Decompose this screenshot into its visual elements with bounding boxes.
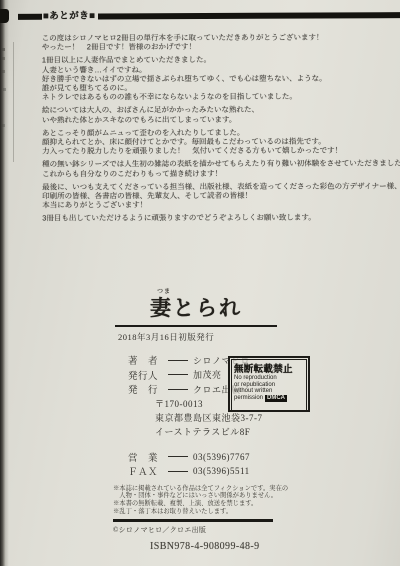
afterword-line: 種の無い鉢シリーズでは人生初の雑誌の表紙を描かせてもらえたり有り難い初体験をさせ… bbox=[42, 159, 392, 169]
header-bar-right bbox=[98, 12, 400, 19]
dash bbox=[168, 456, 188, 457]
note-line: 人物・団体・事件などにはいっさい関係がありません。 bbox=[113, 492, 400, 500]
header-bar-left bbox=[18, 14, 42, 20]
no-reproduction-stamp: 無断転載禁止 No reproduction or republication … bbox=[228, 356, 310, 412]
scanned-afterword-page: ■あとがき■ この度はシロノマヒロ2冊目の単行本を手に取っていただきありがとうご… bbox=[0, 0, 400, 566]
afterword-line: 最後に、いつも支えてくださっている担当様、出版社様、表紙を造ってくださった彩色の… bbox=[42, 181, 392, 191]
scan-edge-artifact bbox=[2, 48, 5, 51]
stamp-line: without written bbox=[234, 388, 304, 395]
stamp-line: No reproduction bbox=[234, 375, 304, 382]
dash bbox=[168, 471, 188, 472]
stamp-last-row: permission DMCA bbox=[234, 395, 304, 402]
stamp-title: 無断転載禁止 bbox=[234, 361, 304, 375]
isbn: ISBN978-4-908099-48-9 bbox=[150, 541, 400, 552]
row-label: 発行人 bbox=[128, 368, 166, 382]
corner-binding-mark bbox=[0, 9, 9, 23]
afterword-line: これからも自分なりのこだわりもって描き続けます！ bbox=[42, 168, 392, 178]
row-value: 加茂亮 bbox=[193, 368, 222, 381]
afterword-line: やったー！ 2冊目です！皆様のおかげです！ bbox=[42, 42, 392, 52]
note-line: ※本書の無断転載、複製、上演、放送を禁じます。 bbox=[113, 500, 400, 508]
dash bbox=[168, 374, 188, 375]
bottom-rule bbox=[113, 519, 273, 522]
copyright-line: ©シロノマヒロ／クロエ出版 bbox=[113, 525, 400, 535]
edition-date: 2018年3月16日初版発行 bbox=[118, 331, 400, 343]
address-line: イーストテラスビル8F bbox=[155, 425, 400, 439]
fax-row: ＦＡＸ 03(5396)5511 bbox=[128, 464, 400, 479]
afterword-paragraph bbox=[42, 29, 392, 30]
sales-phone-row: 営 業 03(5396)7767 bbox=[128, 449, 400, 464]
contact-rows: 営 業 03(5396)7767 ＦＡＸ 03(5396)5511 bbox=[128, 449, 400, 478]
title-text: 妻とられ bbox=[150, 296, 242, 320]
afterword-line: 3冊目も出していただけるように頑張りますのでどうぞよろしくお願い致します。 bbox=[42, 213, 392, 223]
title-furigana: つま bbox=[157, 286, 171, 295]
book-title: つま 妻とられ bbox=[115, 292, 277, 322]
title-rule bbox=[115, 325, 277, 327]
row-label: 発 行 bbox=[128, 382, 166, 396]
scan-edge-line bbox=[13, 42, 14, 162]
afterword-body: この度はシロノマヒロ2冊目の単行本を手に取っていただきありがとうございます！ や… bbox=[42, 29, 393, 228]
dmca-badge: DMCA bbox=[265, 395, 287, 402]
dash bbox=[168, 389, 188, 390]
stamp-line: or republication bbox=[234, 382, 304, 389]
afterword-line: 本当にありがとうございます！ bbox=[42, 200, 392, 210]
legal-notes: ※本誌に掲載されている作品は全てフィクションです。実在の 人物・団体・事件などに… bbox=[113, 485, 400, 516]
address-line: 東京都豊島区東池袋3-7-7 bbox=[155, 411, 400, 425]
afterword-line: 力入ってたり脱力したりを頑張りました！ 気付いてくださる方もいて嬉しかったです！ bbox=[42, 146, 392, 156]
colophon: つま 妻とられ 2018年3月16日初版発行 著 者 シロノマヒロ 発行人 加茂… bbox=[0, 292, 400, 552]
row-value: 03(5396)7767 bbox=[193, 452, 250, 462]
row-value: 03(5396)5511 bbox=[193, 466, 250, 476]
afterword-header: ■あとがき■ bbox=[16, 6, 400, 24]
row-label: ＦＡＸ bbox=[128, 464, 166, 478]
afterword-line: ネトラレではあるものの誰も不幸にならないようなのを目指していました。 bbox=[42, 92, 392, 102]
dash bbox=[168, 360, 188, 361]
afterword-heading: ■あとがき■ bbox=[43, 7, 96, 21]
stamp-line: permission bbox=[234, 395, 263, 402]
afterword-line: いや熟れた体とかスキなのでもろに出てしまっています。 bbox=[42, 114, 392, 124]
stamp-inner-frame: 無断転載禁止 No reproduction or republication … bbox=[231, 359, 307, 411]
row-label: 著 者 bbox=[128, 353, 166, 367]
note-line: ※乱丁・落丁本はお取り替えいたします。 bbox=[113, 508, 400, 516]
row-label: 営 業 bbox=[128, 450, 166, 464]
